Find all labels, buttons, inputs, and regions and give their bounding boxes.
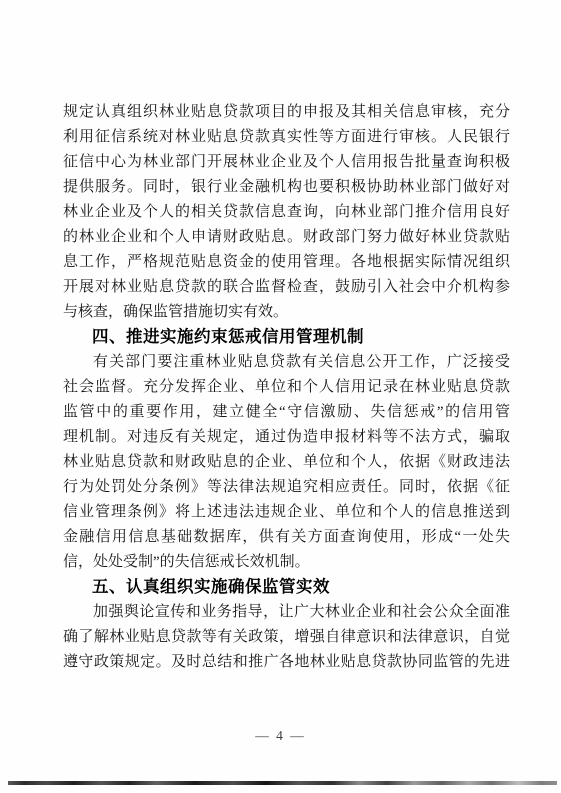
paragraph-line: 征信中心为林业部门开展林业企业及个人信用报告批量查询积极 <box>63 150 510 175</box>
paragraph-line: 社会监督。充分发挥企业、单位和个人信用记录在林业贴息贷款 <box>63 375 510 400</box>
paragraph-line: 林业企业及个人的相关贷款信息查询，向林业部门推介信用良好 <box>63 200 510 225</box>
paragraph-line: 利用征信系统对林业贴息贷款真实性等方面进行审核。人民银行 <box>63 125 510 150</box>
document-text-block: 规定认真组织林业贴息贷款项目的申报及其相关信息审核，充分 利用征信系统对林业贴息… <box>63 100 510 675</box>
paragraph-line: 金融信用信息基础数据库，供有关方面查询使用，形成“一处失 <box>63 525 510 550</box>
paragraph-line: 开展对林业贴息贷款的联合监督检查，鼓励引入社会中介机构参 <box>63 275 510 300</box>
paragraph-line: 与核查，确保监管措施切实有效。 <box>63 300 510 325</box>
scan-edge-artifact <box>8 781 557 785</box>
paragraph-line: 信，处处受制”的失信惩戒长效机制。 <box>63 550 510 575</box>
paragraph-line: 理机制。对违反有关规定，通过伪造申报材料等不法方式，骗取 <box>63 425 510 450</box>
paragraph-line: 林业贴息贷款和财政贴息的企业、单位和个人，依据《财政违法 <box>63 450 510 475</box>
paragraph-line: 加强舆论宣传和业务指导，让广大林业企业和社会公众全面准 <box>63 600 510 625</box>
paragraph-line: 的林业企业和个人申请财政贴息。财政部门努力做好林业贷款贴 <box>63 225 510 250</box>
paragraph-line: 息工作，严格规范贴息资金的使用管理。各地根据实际情况组织 <box>63 250 510 275</box>
section-heading-5: 五、认真组织实施确保监管实效 <box>63 575 510 600</box>
page-number: — 4 — <box>0 728 561 744</box>
paragraph-line: 有关部门要注重林业贴息贷款有关信息公开工作，广泛接受 <box>63 350 510 375</box>
paragraph-line: 遵守政策规定。及时总结和推广各地林业贴息贷款协同监管的先进 <box>63 650 510 675</box>
paragraph-line: 提供服务。同时，银行业金融机构也要积极协助林业部门做好对 <box>63 175 510 200</box>
document-page: 规定认真组织林业贴息贷款项目的申报及其相关信息审核，充分 利用征信系统对林业贴息… <box>0 0 561 793</box>
paragraph-line: 行为处罚处分条例》等法律法规追究相应责任。同时，依据《征 <box>63 475 510 500</box>
paragraph-line: 确了解林业贴息贷款等有关政策，增强自律意识和法律意识，自觉 <box>63 625 510 650</box>
section-heading-4: 四、推进实施约束惩戒信用管理机制 <box>63 325 510 350</box>
paragraph-line: 监管中的重要作用，建立健全“守信激励、失信惩戒”的信用管 <box>63 400 510 425</box>
paragraph-line: 信业管理条例》将上述违法违规企业、单位和个人的信息推送到 <box>63 500 510 525</box>
paragraph-line: 规定认真组织林业贴息贷款项目的申报及其相关信息审核，充分 <box>63 100 510 125</box>
